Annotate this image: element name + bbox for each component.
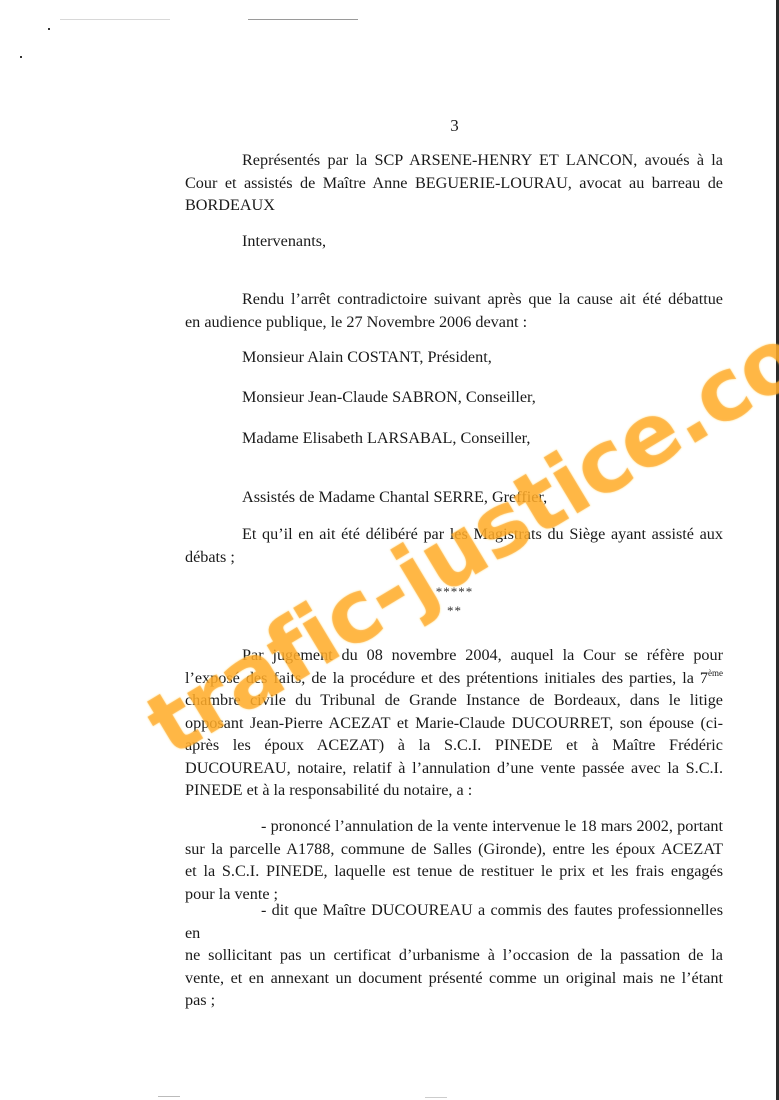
judgment-line-1: Par jugement du 08 novembre 2004, auquel… — [242, 646, 723, 664]
represented-line-2: Cour et assistés de Maître Anne BEGUERIE… — [185, 172, 723, 195]
judgment-line-4: opposant Jean-Pierre ACEZAT et Marie-Cla… — [185, 712, 723, 735]
item2-line-1: - dit que Maître DUCOUREAU a commis des … — [185, 901, 723, 942]
item1-line-1: - prononcé l’annulation de la vente inte… — [261, 817, 723, 835]
judgment-line-5: après les époux ACEZAT) à la S.C.I. PINE… — [185, 734, 723, 757]
judgment-line-7: PINEDE et à la responsabilité du notaire… — [185, 779, 723, 802]
rendu-line-1: Rendu l’arrêt contradictoire suivant apr… — [242, 290, 723, 308]
judgment-paragraph: Par jugement du 08 novembre 2004, auquel… — [185, 644, 723, 802]
ruling-item-notary-fault: - dit que Maître DUCOUREAU a commis des … — [185, 899, 723, 1012]
intervenants-label: Intervenants, — [185, 230, 723, 253]
represented-paragraph: Représentés par la SCP ARSENE-HENRY ET L… — [185, 149, 723, 217]
item2-line-4: pas ; — [185, 989, 723, 1012]
magistrate-conseiller-1: Monsieur Jean-Claude SABRON, Conseiller, — [185, 386, 723, 409]
scan-artifact-dot — [48, 28, 50, 30]
scan-artifact-line — [248, 19, 358, 20]
ordinal-superscript: ème — [708, 668, 723, 678]
judgment-line-3: chambre civile du Tribunal de Grande Ins… — [185, 689, 723, 712]
scan-artifact-line — [425, 1097, 447, 1098]
represented-line-3: BORDEAUX — [185, 194, 723, 217]
magistrate-conseiller-2: Madame Elisabeth LARSABAL, Conseiller, — [185, 427, 723, 450]
deliberation-line-2: débats ; — [185, 546, 723, 569]
page-number: 3 — [0, 116, 779, 136]
judgment-line-2: l’exposé des faits, de la procédure et d… — [185, 669, 708, 687]
represented-line-1: Représentés par la SCP ARSENE-HENRY ET L… — [242, 151, 723, 169]
clerk-line: Assistés de Madame Chantal SERRE, Greffi… — [185, 486, 723, 509]
magistrate-president: Monsieur Alain COSTANT, Président, — [185, 346, 723, 369]
separator-stars-1: ***** — [0, 584, 779, 600]
item2-line-2: ne sollicitant pas un certificat d’urban… — [185, 944, 723, 967]
deliberation-paragraph: Et qu’il en ait été délibéré par les Mag… — [185, 523, 723, 568]
rendu-line-2: en audience publique, le 27 Novembre 200… — [185, 311, 723, 334]
scan-artifact-line — [60, 19, 170, 20]
scan-artifact-dot — [20, 56, 22, 58]
item2-line-3: vente, et en annexant un document présen… — [185, 967, 723, 990]
scan-artifact-line — [158, 1096, 180, 1097]
ruling-item-annulation: - prononcé l’annulation de la vente inte… — [185, 815, 723, 905]
rendu-paragraph: Rendu l’arrêt contradictoire suivant apr… — [185, 288, 723, 333]
item1-line-3: et la S.C.I. PINEDE, laquelle est tenue … — [185, 860, 723, 883]
item1-line-2: sur la parcelle A1788, commune de Salles… — [185, 838, 723, 861]
judgment-line-6: DUCOUREAU, notaire, relatif à l’annulati… — [185, 757, 723, 780]
deliberation-line-1: Et qu’il en ait été délibéré par les Mag… — [242, 525, 723, 543]
document-page: 3 Représentés par la SCP ARSENE-HENRY ET… — [0, 0, 779, 1100]
separator-stars-2: ** — [0, 603, 779, 619]
